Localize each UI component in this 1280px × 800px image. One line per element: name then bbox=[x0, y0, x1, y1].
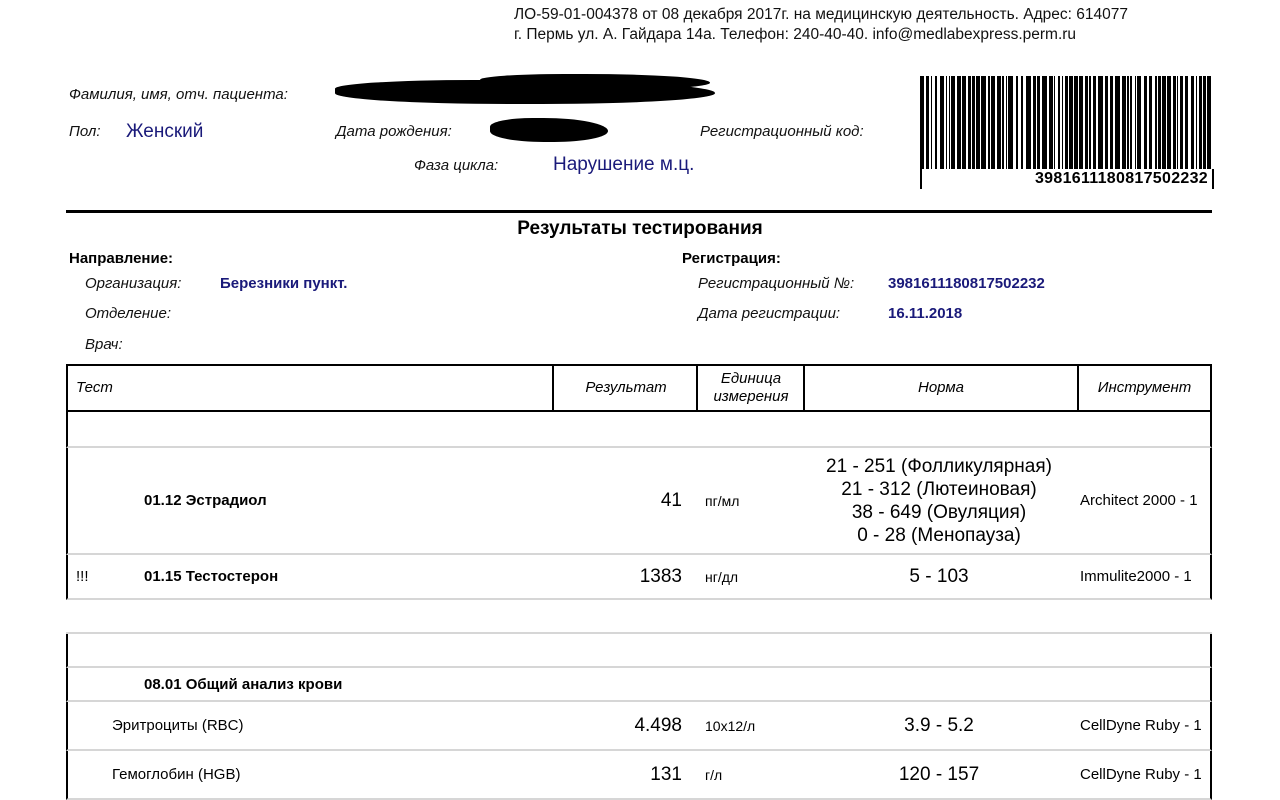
barcode: 3981611180817502232 bbox=[920, 76, 1212, 190]
header-divider bbox=[66, 210, 1212, 213]
test-instrument: CellDyne Ruby - 1 bbox=[1080, 751, 1208, 798]
abnormal-flag: !!! bbox=[76, 555, 89, 598]
norm-line: 21 - 312 (Лютеиновая) bbox=[841, 478, 1036, 501]
test-name: Эритроциты (RBC) bbox=[112, 702, 244, 749]
table-row: Гемоглобин (HGB) 131 г/л 120 - 157 CellD… bbox=[66, 751, 1212, 800]
test-result: 41 bbox=[554, 448, 682, 553]
table-spacer-row bbox=[66, 412, 1212, 448]
registration-date-value: 16.11.2018 bbox=[888, 305, 962, 322]
test-unit: 10x12/л bbox=[705, 702, 755, 749]
test-result: 1383 bbox=[554, 555, 682, 598]
test-unit: г/л bbox=[705, 751, 722, 798]
patient-name-label: Фамилия, имя, отч. пациента: bbox=[69, 86, 288, 103]
column-header-norm: Норма bbox=[805, 366, 1077, 410]
column-header-test: Тест bbox=[76, 366, 113, 410]
barcode-number: 3981611180817502232 bbox=[1035, 170, 1208, 188]
regcode-label: Регистрационный код: bbox=[700, 123, 864, 140]
test-instrument: Architect 2000 - 1 bbox=[1080, 448, 1208, 553]
column-header-result: Результат bbox=[554, 366, 698, 410]
sex-label: Пол: bbox=[69, 123, 101, 140]
dob-label: Дата рождения: bbox=[336, 123, 452, 140]
test-norm: 3.9 - 5.2 bbox=[774, 702, 1104, 749]
test-name: 01.12 Эстрадиол bbox=[144, 448, 267, 553]
column-header-instrument: Инструмент bbox=[1079, 366, 1210, 410]
test-result: 131 bbox=[554, 751, 682, 798]
norm-line: 21 - 251 (Фолликулярная) bbox=[826, 455, 1052, 478]
cycle-phase-label: Фаза цикла: bbox=[414, 157, 498, 174]
registration-heading: Регистрация: bbox=[682, 250, 781, 267]
sex-value: Женский bbox=[126, 121, 203, 143]
organization-label: Организация: bbox=[85, 275, 181, 292]
table-spacer-row bbox=[66, 634, 1212, 668]
registration-date-label: Дата регистрации: bbox=[698, 305, 840, 322]
table-row: Эритроциты (RBC) 4.498 10x12/л 3.9 - 5.2… bbox=[66, 702, 1212, 751]
test-name: Гемоглобин (HGB) bbox=[112, 751, 240, 798]
doctor-label: Врач: bbox=[85, 336, 123, 353]
registration-number-value: 3981611180817502232 bbox=[888, 275, 1045, 292]
results-table-header: Тест Результат Единица измерения Норма И… bbox=[66, 364, 1212, 412]
dob-redaction bbox=[490, 118, 608, 142]
test-instrument: CellDyne Ruby - 1 bbox=[1080, 702, 1208, 749]
norm-line: 0 - 28 (Менопауза) bbox=[857, 524, 1021, 547]
test-unit: пг/мл bbox=[705, 448, 739, 553]
registration-number-label: Регистрационный №: bbox=[698, 275, 854, 292]
norm-line: 38 - 649 (Овуляция) bbox=[852, 501, 1026, 524]
test-norm: 5 - 103 bbox=[774, 555, 1104, 598]
cycle-phase-value: Нарушение м.ц. bbox=[553, 154, 694, 176]
table-row: 01.12 Эстрадиол 41 пг/мл 21 - 251 (Фолли… bbox=[66, 448, 1212, 555]
test-norm: 21 - 251 (Фолликулярная) 21 - 312 (Лютеи… bbox=[774, 448, 1104, 553]
license-line-1: ЛО-59-01-004378 от 08 декабря 2017г. на … bbox=[514, 6, 1128, 24]
table-row-flagged: !!! 01.15 Тестостерон 1383 нг/дл 5 - 103… bbox=[66, 555, 1212, 600]
group-title: 08.01 Общий анализ крови bbox=[144, 668, 342, 700]
test-name: 01.15 Тестостерон bbox=[144, 555, 278, 598]
organization-value: Березники пункт. bbox=[220, 275, 347, 292]
barcode-bars bbox=[920, 76, 1212, 169]
test-instrument: Immulite2000 - 1 bbox=[1080, 555, 1192, 598]
referral-heading: Направление: bbox=[69, 250, 173, 267]
test-result: 4.498 bbox=[554, 702, 682, 749]
license-line-2: г. Пермь ул. А. Гайдара 14а. Телефон: 24… bbox=[514, 26, 1076, 44]
test-norm: 120 - 157 bbox=[774, 751, 1104, 798]
report-title: Результаты тестирования bbox=[0, 218, 1280, 240]
group-header-row: 08.01 Общий анализ крови bbox=[66, 668, 1212, 702]
department-label: Отделение: bbox=[85, 305, 171, 322]
patient-name-redaction-stroke bbox=[480, 74, 710, 90]
column-header-unit: Единица измерения bbox=[698, 366, 804, 410]
test-unit: нг/дл bbox=[705, 555, 738, 598]
